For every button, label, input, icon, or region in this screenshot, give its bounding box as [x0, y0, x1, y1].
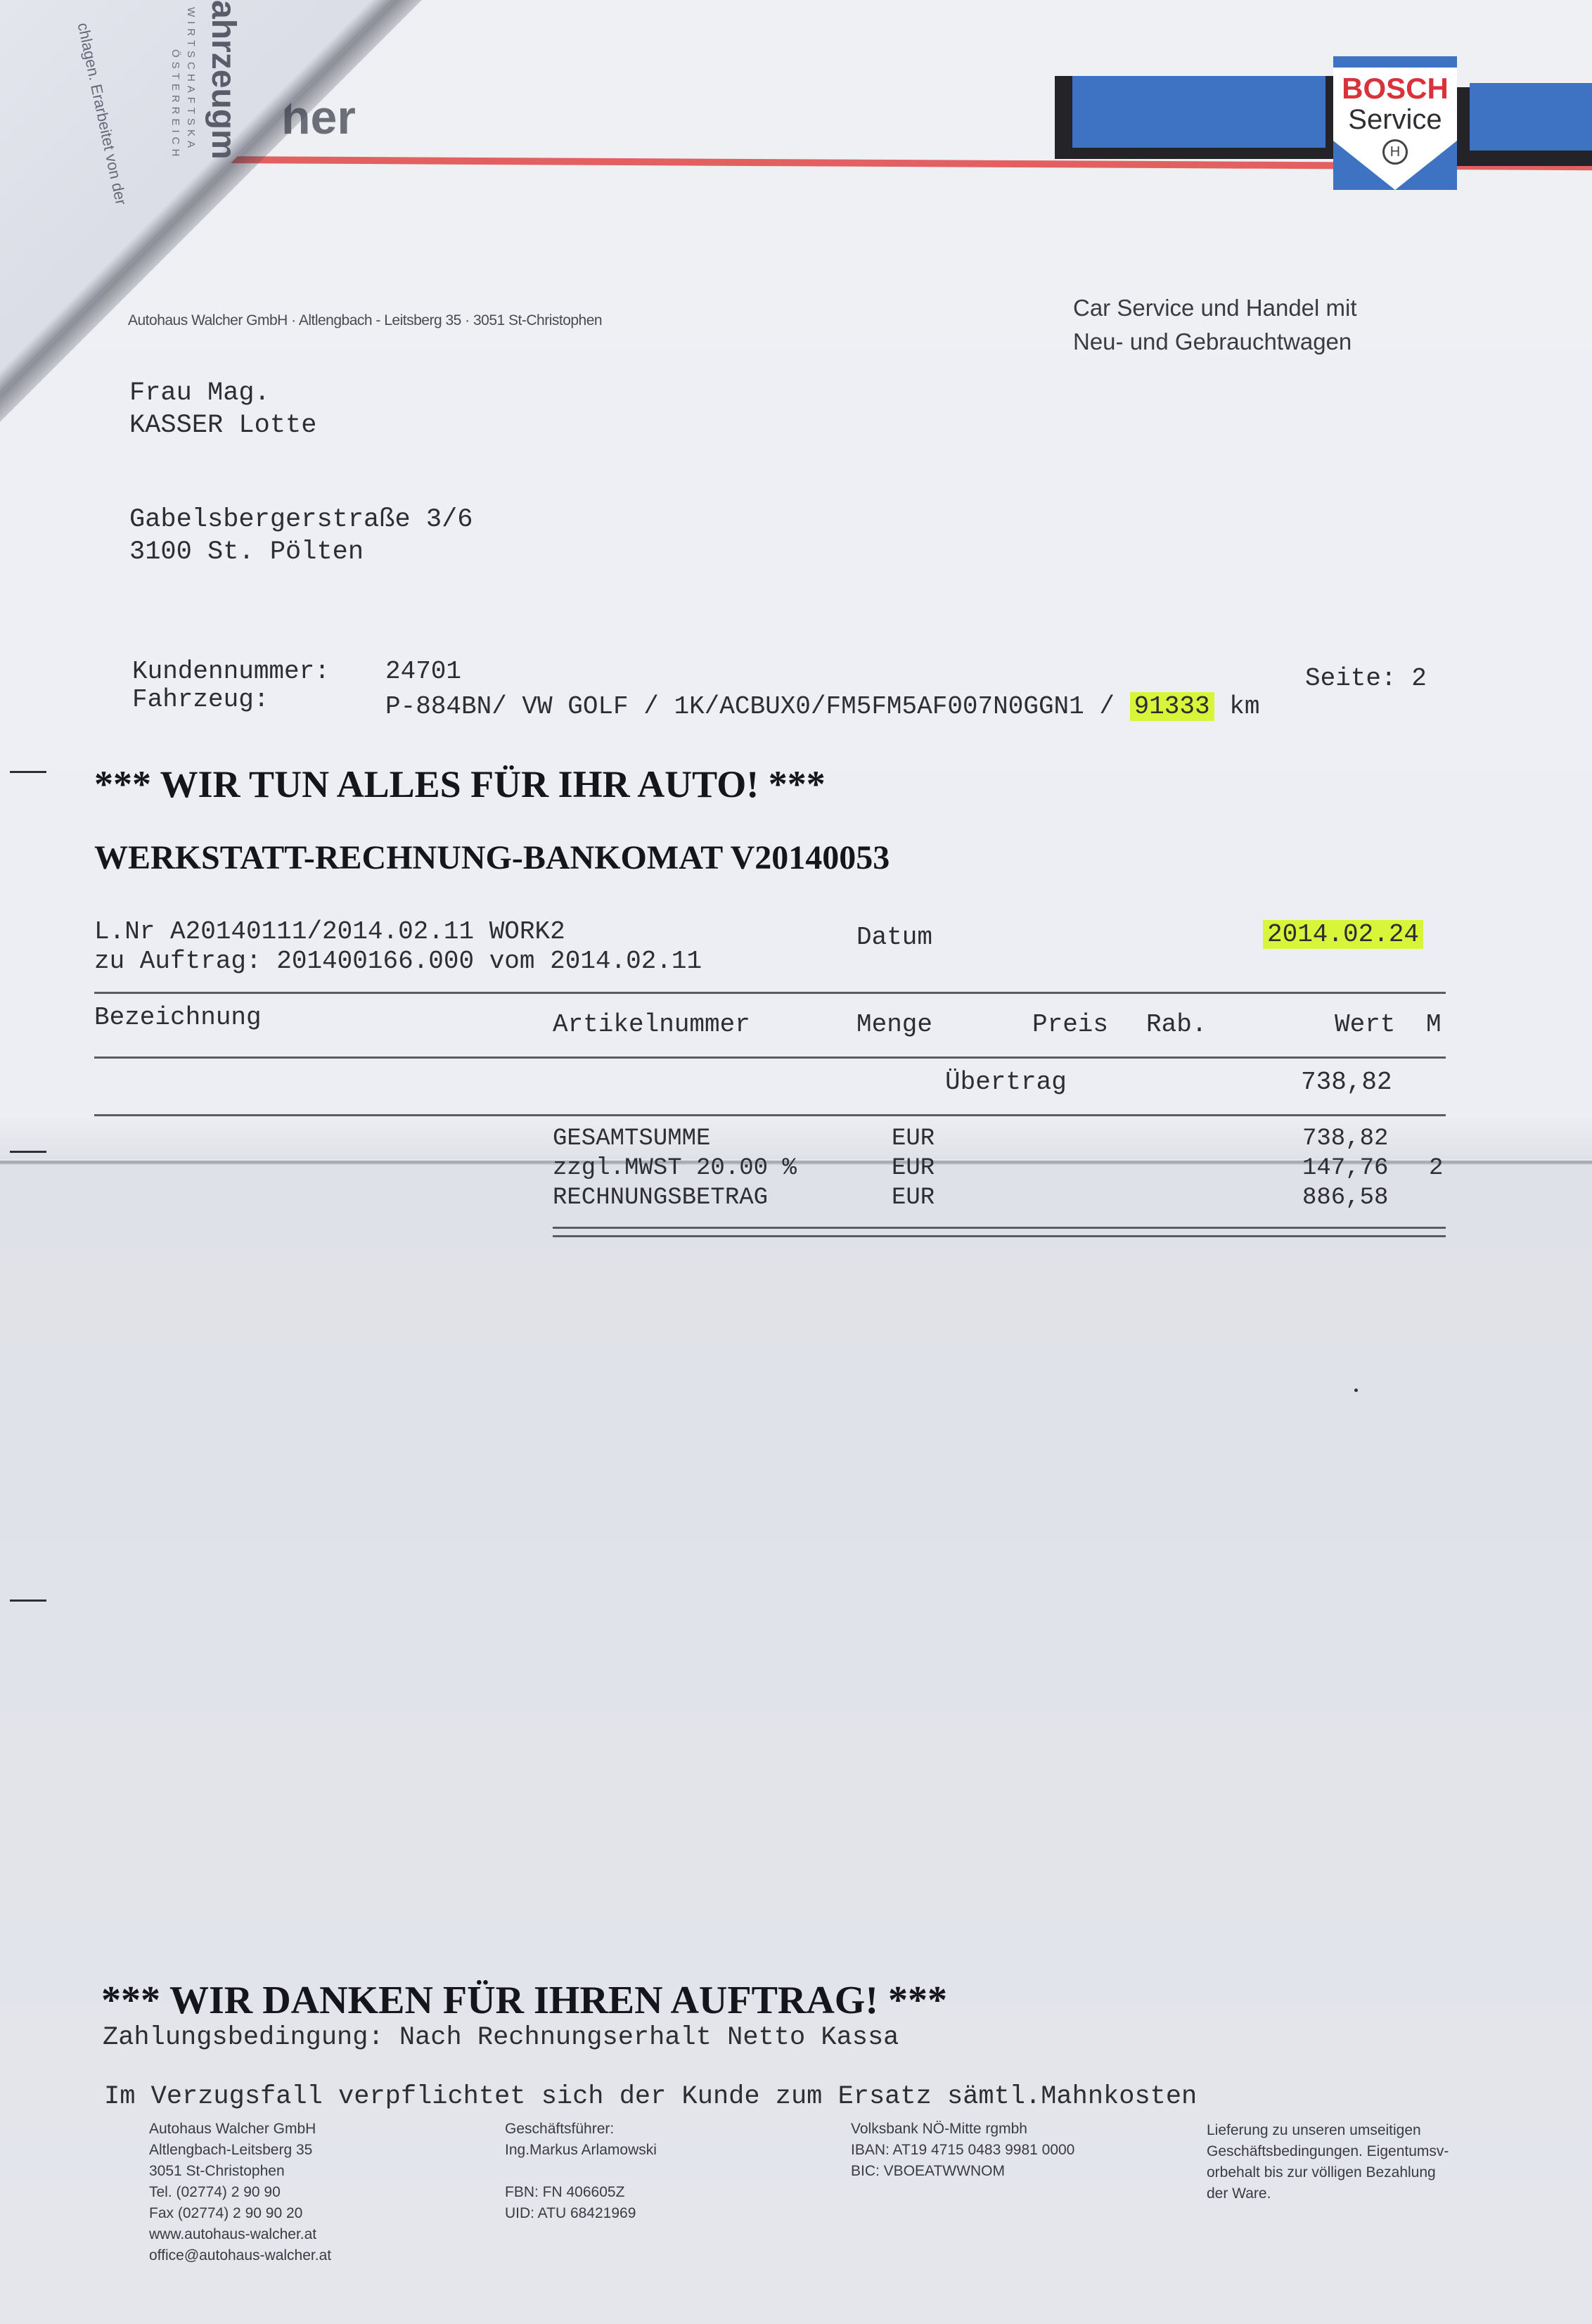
- footer-management-line: Ing.Markus Arlamowski: [505, 2140, 657, 2161]
- footer-terms-line: der Ware.: [1207, 2183, 1449, 2204]
- delivery-note-ref: L.Nr A20140111/2014.02.11 WORK2: [94, 917, 565, 946]
- bosch-armature-icon: H: [1382, 139, 1408, 165]
- total-tax-mark: 2: [1429, 1155, 1443, 1182]
- logo-label: Service: [1333, 104, 1457, 136]
- logo-top-bar: [1333, 56, 1457, 68]
- invoice-page: BOSCH Service H her chlagen. Erarbeitet …: [0, 0, 1592, 2324]
- footer-management: Geschäftsführer:Ing.Markus ArlamowskiFBN…: [505, 2119, 657, 2224]
- footer-company: Autohaus Walcher GmbHAltlengbach-Leitsbe…: [149, 2119, 331, 2266]
- footer-management-line: Geschäftsführer:: [505, 2119, 657, 2140]
- total-label: GESAMTSUMME: [553, 1125, 710, 1152]
- col-header-rab: Rab.: [1146, 1010, 1207, 1039]
- footer-management-line: FBN: FN 406605Z: [505, 2182, 657, 2203]
- recipient-fullname: KASSER Lotte: [129, 411, 316, 440]
- header-band-blue-left: [1072, 76, 1325, 148]
- footer-company-line: Autohaus Walcher GmbH: [149, 2119, 331, 2140]
- carryover-value: 738,82: [1301, 1068, 1392, 1097]
- rule-below-carryover: [94, 1114, 1446, 1116]
- payment-terms: Zahlungsbedingung: Nach Rechnungserhalt …: [103, 2023, 899, 2052]
- footer-company-line: Fax (02774) 2 90 90 20: [149, 2203, 331, 2224]
- col-header-preis: Preis: [1032, 1010, 1108, 1039]
- carryover-label: Übertrag: [945, 1068, 1067, 1097]
- footer-company-line: Tel. (02774) 2 90 90: [149, 2182, 331, 2203]
- invoice-date: 2014.02.24: [1263, 920, 1423, 949]
- customer-number-label: Kundennummer:: [132, 657, 330, 686]
- recipient-name: Frau Mag.KASSER Lotte: [129, 377, 316, 442]
- default-clause: Im Verzugsfall verpflichtet sich der Kun…: [104, 2082, 1197, 2112]
- total-label: zzgl.MWST 20.00 %: [553, 1155, 797, 1182]
- total-value: 738,82: [1302, 1125, 1388, 1152]
- invoice-title: WERKSTATT-RECHNUNG-BANKOMAT V20140053: [94, 838, 890, 877]
- tagline: Car Service und Handel mitNeu- und Gebra…: [1073, 291, 1357, 359]
- col-header-m: M: [1426, 1010, 1442, 1039]
- reference-block: L.Nr A20140111/2014.02.11 WORK2zu Auftra…: [94, 917, 702, 976]
- total-currency: EUR: [892, 1125, 935, 1152]
- page-number: 2: [1411, 664, 1427, 693]
- footer-company-line: 3051 St-Christophen: [149, 2161, 331, 2182]
- col-header-artikelnummer: Artikelnummer: [553, 1010, 750, 1039]
- fold-margin-mark-2: [10, 1151, 46, 1153]
- paper-speck: [1354, 1388, 1358, 1392]
- footer-company-line: office@autohaus-walcher.at: [149, 2245, 331, 2266]
- header-band-blue-right: [1470, 83, 1592, 151]
- footer-terms-line: Geschäftsbedingungen. Eigentumsv-: [1207, 2141, 1449, 2162]
- col-header-menge: Menge: [856, 1010, 932, 1039]
- vehicle-details: P-884BN/ VW GOLF / 1K/ACBUX0/FM5FM5AF007…: [385, 692, 1115, 721]
- footer-company-line: www.autohaus-walcher.at: [149, 2224, 331, 2245]
- invoice-date-highlighted: 2014.02.24: [1263, 920, 1423, 949]
- recipient-street: Gabelsbergerstraße 3/6: [129, 505, 473, 535]
- sender-line: Autohaus Walcher GmbH · Altlengbach - Le…: [128, 312, 602, 329]
- recipient-address: Gabelsbergerstraße 3/63100 St. Pölten: [129, 504, 473, 568]
- mileage-highlighted: 91333: [1130, 692, 1214, 721]
- footer-company-line: Altlengbach-Leitsberg 35: [149, 2140, 331, 2161]
- rule-total-1: [553, 1227, 1446, 1229]
- slogan-closing: *** WIR DANKEN FÜR IHREN AUFTRAG! ***: [101, 1978, 947, 2023]
- bosch-service-logo: BOSCH Service H: [1333, 56, 1457, 190]
- col-header-bezeichnung: Bezeichnung: [94, 1003, 262, 1032]
- page-label: Seite:: [1305, 664, 1397, 693]
- total-value: 886,58: [1302, 1185, 1388, 1211]
- footer-management-line: UID: ATU 68421969: [505, 2203, 657, 2224]
- rule-above-header: [94, 992, 1446, 994]
- vehicle-info: P-884BN/ VW GOLF / 1K/ACBUX0/FM5FM5AF007…: [385, 692, 1259, 721]
- customer-number: 24701: [385, 657, 461, 686]
- fold-margin-mark-1: [10, 771, 46, 773]
- total-value: 147,76: [1302, 1155, 1388, 1182]
- fold-small-line-2: ÖSTERREICH: [169, 49, 181, 160]
- punch-margin-mark: [10, 1600, 46, 1602]
- order-ref: zu Auftrag: 201400166.000 vom 2014.02.11: [94, 947, 702, 976]
- total-label: RECHNUNGSBETRAG: [553, 1185, 768, 1211]
- date-label: Datum: [856, 923, 932, 952]
- logo-brand: BOSCH: [1333, 72, 1457, 106]
- total-currency: EUR: [892, 1185, 935, 1211]
- footer-bank-line: Volksbank NÖ-Mitte rgmbh: [851, 2119, 1074, 2140]
- footer-bank-line: IBAN: AT19 4715 0483 9981 0000: [851, 2140, 1074, 2161]
- footer-terms: Lieferung zu unseren umseitigenGeschäfts…: [1207, 2120, 1449, 2204]
- col-header-wert: Wert: [1335, 1010, 1395, 1039]
- mileage-unit: km: [1229, 692, 1259, 721]
- slogan-top: *** WIR TUN ALLES FÜR IHR AUTO! ***: [94, 762, 826, 806]
- vehicle-label: Fahrzeug:: [132, 685, 269, 714]
- fold-small-line-1: WIRTSCHAFTSKA: [185, 7, 197, 152]
- fold-title-partial: ahrzeugm: [204, 0, 243, 160]
- tagline-line-2: Neu- und Gebrauchtwagen: [1073, 328, 1352, 355]
- recipient-city: 3100 St. Pölten: [129, 537, 364, 567]
- total-currency: EUR: [892, 1155, 935, 1182]
- tagline-line-1: Car Service und Handel mit: [1073, 295, 1357, 321]
- footer-terms-line: Lieferung zu unseren umseitigen: [1207, 2120, 1449, 2141]
- footer-bank: Volksbank NÖ-Mitte rgmbhIBAN: AT19 4715 …: [851, 2119, 1074, 2182]
- footer-terms-line: orbehalt bis zur völligen Bezahlung: [1207, 2162, 1449, 2183]
- rule-below-header: [94, 1056, 1446, 1059]
- footer-bank-line: BIC: VBOEATWWNOM: [851, 2161, 1074, 2182]
- footer-management-line: [505, 2161, 657, 2182]
- recipient-salutation: Frau Mag.: [129, 378, 270, 408]
- page-indicator: Seite: 2: [1305, 664, 1427, 693]
- rule-total-2: [553, 1235, 1446, 1237]
